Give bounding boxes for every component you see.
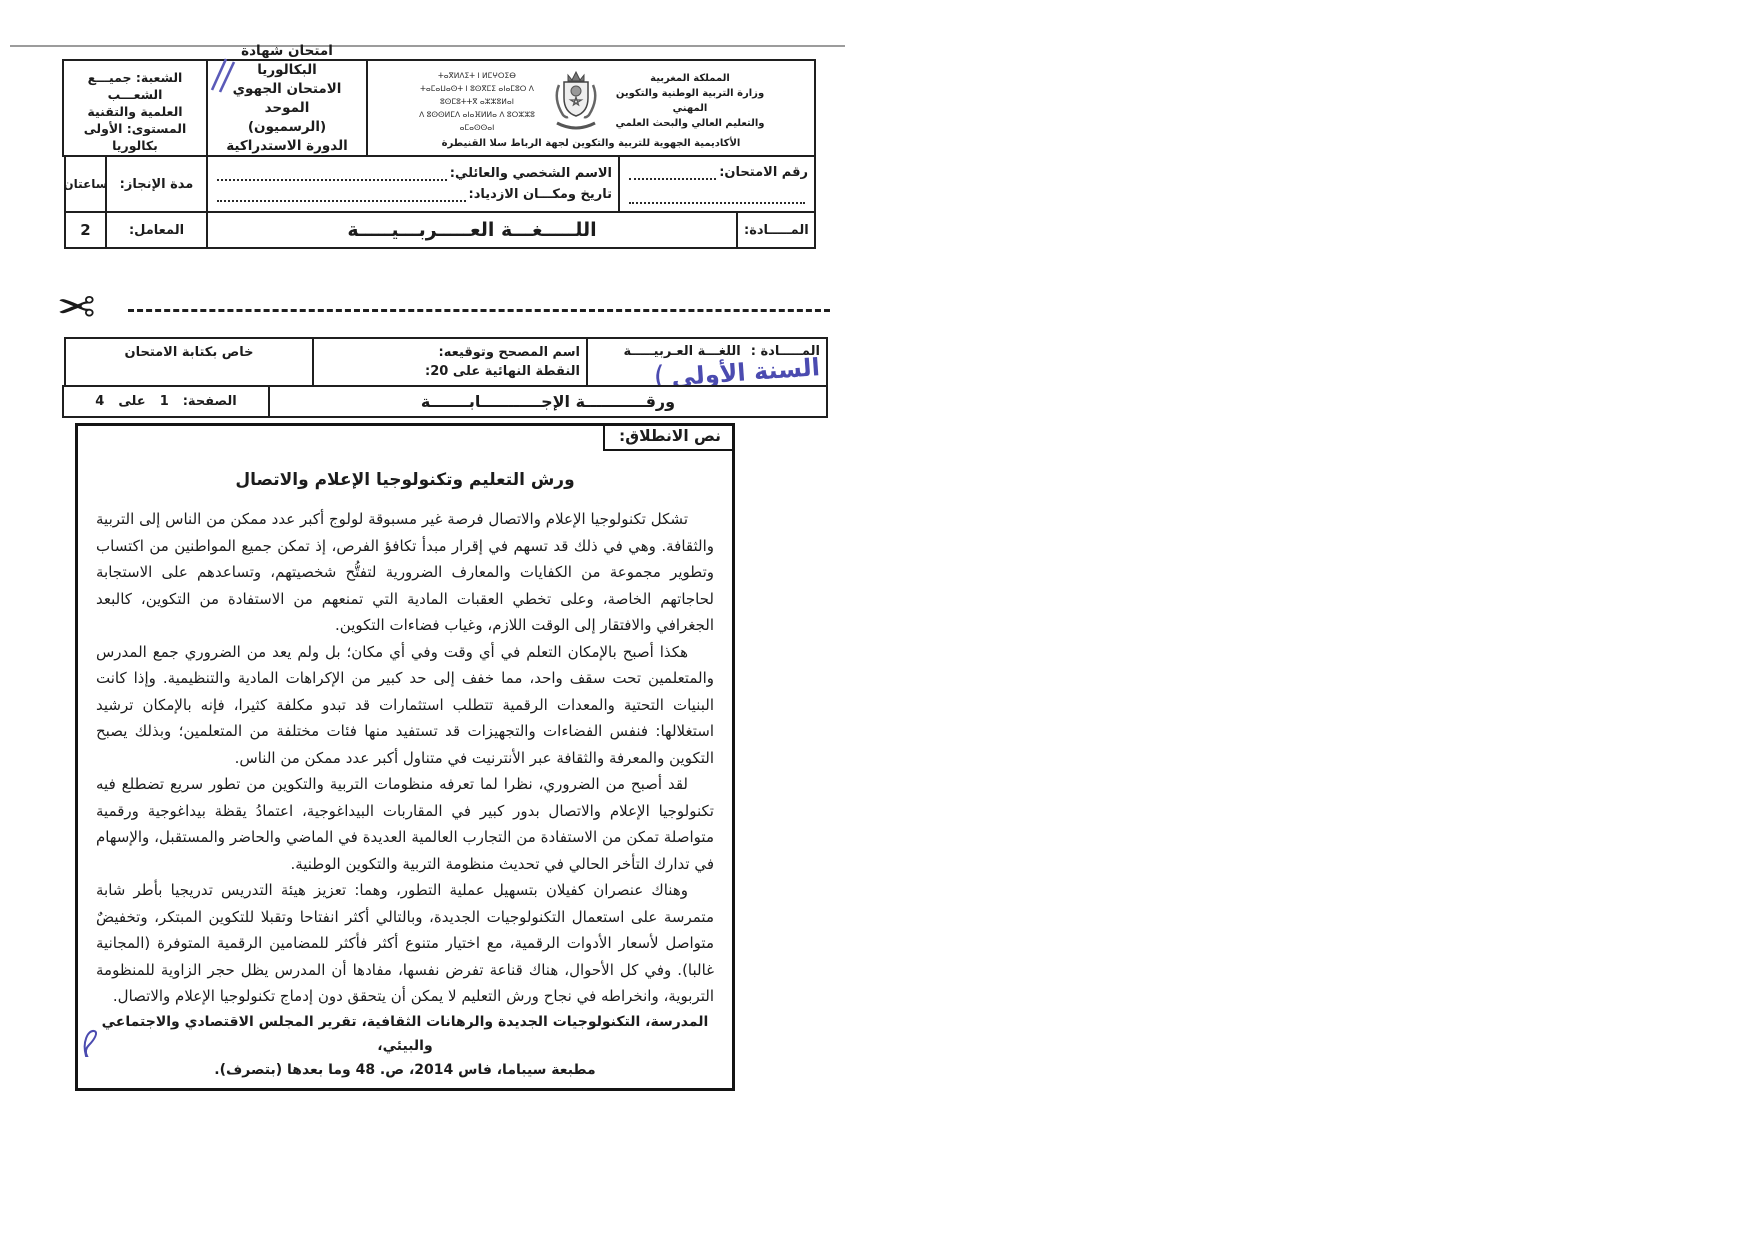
page-of: على: [118, 394, 145, 409]
tifinagh-line-1: ⵜⴰⴳⵍⴷⵉⵜ ⵏ ⵍⵎⵖⵔⵉⴱ: [407, 69, 547, 82]
citation-line-2: مطبعة سيباما، فاس 2014، ص. 48 وما بعدها …: [96, 1058, 714, 1082]
candidate-name-label: الاسم الشخصي والعائلي:: [450, 166, 612, 181]
duration-value: ساعتان: [63, 177, 107, 191]
candidate-name-cell: الاسم الشخصي والعائلي: تاريخ ومكـــان ال…: [206, 155, 620, 213]
duration-value-cell: ساعتان: [64, 155, 107, 213]
corrector-name-label: اسم المصحح وتوقيعه:: [320, 345, 580, 360]
cut-dashed-line: [128, 309, 830, 312]
scanned-exam-document: { "colors": { "ink": "#1c1c1c", "pen_blu…: [0, 0, 1757, 1242]
tifinagh-line-2: ⵜⴰⵎⴰⵡⴰⵙⵜ ⵏ ⵓⵙⴳⵎⵉ ⴰⵏⴰⵎⵓⵔ ⴷ ⵓⵙⵎⵓⵜⵜⴳ ⴰⵣⵣⵓⵍⴰ…: [407, 82, 547, 108]
paragraph-1: تشكل تكنولوجيا الإعلام والاتصال فرصة غير…: [96, 506, 714, 639]
citation-line-1: المدرسة، التكنولوجيات الجديدة والرهانات …: [96, 1010, 714, 1058]
ministry-tifinagh-block: ⵜⴰⴳⵍⴷⵉⵜ ⵏ ⵍⵎⵖⵔⵉⴱ ⵜⴰⵎⴰⵡⴰⵙⵜ ⵏ ⵓⵙⴳⵎⵉ ⴰⵏⴰⵎⵓⵔ…: [407, 69, 547, 134]
exam-writing-only-cell: خاص بكتابة الامتحان: [64, 337, 314, 387]
coefficient-label: المعامل:: [129, 223, 184, 238]
kingdom-name: المملكة المغربية: [605, 71, 775, 86]
exam-number-label: رقم الامتحان:: [719, 165, 808, 180]
scissors-icon: ✂: [57, 284, 96, 330]
strip-row-subject: المـــــادة : اللغـــة العـربيـــــة الس…: [62, 337, 828, 387]
scan-artifact-line: [10, 45, 845, 47]
paragraph-4: وهناك عنصران كفيلان بتسهيل عملية التطور،…: [96, 877, 714, 1010]
page-number-cell: الصفحة: 1 على 4: [62, 385, 270, 418]
coat-of-arms: [547, 67, 605, 135]
strip-row-answer-sheet: ورقـــــــــــة الإجـــــــــــابـــــــ…: [62, 385, 828, 418]
paragraph-3: لقد أصبح من الضروري، نظرا لما تعرفه منظو…: [96, 771, 714, 877]
subject-label: المـــــادة:: [744, 223, 809, 238]
source-text-box: نص الانطلاق: ورش التعليم وتكنولوجيا الإع…: [75, 423, 735, 1091]
subject-label-cell: المـــــادة:: [736, 211, 816, 249]
text-paragraphs: تشكل تكنولوجيا الإعلام والاتصال فرصة غير…: [96, 506, 714, 1010]
duration-label: مدة الإنجاز:: [120, 177, 194, 192]
corrector-cell: اسم المصحح وتوقيعه: النقطة النهائية على …: [312, 337, 588, 387]
strip-subject-cell: المـــــادة : اللغـــة العـربيـــــة الس…: [586, 337, 828, 387]
header-table: المملكة المغربية وزارة التربية الوطنية و…: [62, 59, 816, 249]
duration-label-cell: مدة الإنجاز:: [105, 155, 208, 213]
coefficient-value: 2: [80, 221, 90, 239]
page-total: 4: [95, 394, 104, 409]
coefficient-value-cell: 2: [64, 211, 107, 249]
text-citation: المدرسة، التكنولوجيات الجديدة والرهانات …: [96, 1010, 714, 1082]
text-title: ورش التعليم وتكنولوجيا الإعلام والاتصال: [96, 470, 714, 490]
branch-line-2: العلمية والتقنية: [70, 103, 200, 120]
paragraph-2: هكذا أصبح بالإمكان التعلم في أي وقت وفي …: [96, 639, 714, 772]
subject-value: اللـــــغـــة العـــــربـــيـــــة: [347, 219, 596, 241]
header-row-institution: المملكة المغربية وزارة التربية الوطنية و…: [62, 59, 816, 157]
answer-sheet-cell: ورقـــــــــــة الإجـــــــــــابـــــــ…: [268, 385, 828, 418]
answer-sheet-title: ورقـــــــــــة الإجـــــــــــابـــــــ…: [421, 392, 675, 411]
tifinagh-line-3: ⴷ ⵓⵙⵙⵍⵎⴷ ⴰⵏⴰⴼⵍⵍⴰ ⴷ ⵓⵔⵣⵣⵓ ⴰⵎⴰⵙⵙⴰⵏ: [407, 108, 547, 134]
academy-name: الأكاديمية الجهوية للتربية والتكوين لجهة…: [374, 138, 808, 149]
source-text-section-label: نص الانطلاق:: [603, 423, 735, 451]
exam-number-write-line-2: [629, 190, 805, 204]
exam-number-cell: رقم الامتحان:: [618, 155, 816, 213]
birth-date-place-write-line: [217, 188, 466, 202]
branch-level-cell: الشعبة: جميـــع الشعـــب العلمية والتقني…: [62, 59, 208, 157]
header-row-subject: المـــــادة: اللـــــغـــة العـــــربـــ…: [62, 211, 816, 249]
answer-strip-table: المـــــادة : اللغـــة العـربيـــــة الس…: [62, 337, 828, 418]
ministry-arabic-block: المملكة المغربية وزارة التربية الوطنية و…: [605, 71, 775, 131]
ministry-cell: المملكة المغربية وزارة التربية الوطنية و…: [366, 59, 816, 157]
page-current: 1: [160, 394, 169, 409]
header-row-candidate: رقم الامتحان: الاسم الشخصي والعائلي: تار…: [62, 155, 816, 213]
pen-scribble-mark: [80, 1026, 104, 1060]
candidate-name-write-line: [217, 167, 447, 181]
final-score-label: النقطة النهائية على 20:: [320, 364, 580, 379]
branch-line-1: الشعبة: جميـــع الشعـــب: [70, 69, 200, 103]
exam-number-write-line: [629, 166, 716, 180]
pen-check-mark: [204, 56, 238, 96]
ministry-name-1: وزارة التربية الوطنية والتكوين المهني: [605, 86, 775, 116]
subject-value-cell: اللـــــغـــة العـــــربـــيـــــة: [206, 211, 738, 249]
exam-title-line-3: (الرسميون): [248, 118, 326, 137]
exam-writing-only-label: خاص بكتابة الامتحان: [124, 345, 253, 360]
exam-title-line-4: الدورة الاستدراكية: [226, 137, 348, 156]
birth-date-place-label: تاريخ ومكـــان الازدياد:: [469, 187, 612, 202]
level-line: المستوى: الأولى بكالوريا: [70, 120, 200, 154]
ministry-name-2: والتعليم العالي والبحث العلمي: [605, 116, 775, 131]
page-label: الصفحة:: [183, 394, 237, 409]
coefficient-label-cell: المعامل:: [105, 211, 208, 249]
